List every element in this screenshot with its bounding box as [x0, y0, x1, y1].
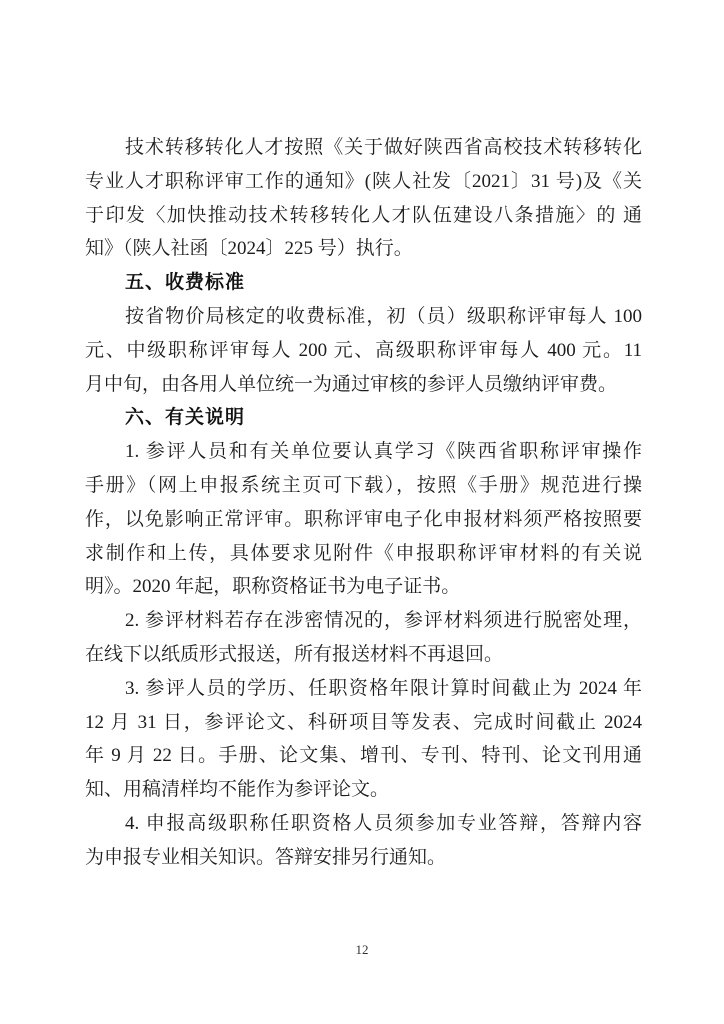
text-line: 手册》（网上申报系统主页可下载），按照《手册》规范进行操: [85, 469, 642, 503]
text-line: 技术转移转化人才按照《关于做好陕西省高校技术转移转化: [85, 131, 642, 165]
text-line: 年 9 月 22 日。手册、论文集、增刊、专刊、特刊、论文刊用通: [85, 739, 642, 773]
text-line: 1. 参评人员和有关单位要认真学习《陕西省职称评审操作: [85, 435, 642, 469]
document-page: 技术转移转化人才按照《关于做好陕西省高校技术转移转化专业人才职称评审工作的通知》…: [0, 0, 724, 1024]
text-line: 明》。2020 年起，职称资格证书为电子证书。: [85, 570, 642, 604]
section-heading: 六、有关说明: [85, 401, 642, 435]
text-line: 为申报专业相关知识。答辩安排另行通知。: [85, 841, 642, 875]
text-line: 于印发〈加快推动技术转移转化人才队伍建设八条措施〉的 通: [85, 199, 642, 233]
text-line: 3. 参评人员的学历、任职资格年限计算时间截止为 2024 年: [85, 672, 642, 706]
page-footer: 12: [0, 941, 724, 959]
text-line: 在线下以纸质形式报送，所有报送材料不再退回。: [85, 638, 642, 672]
text-line: 2. 参评材料若存在涉密情况的，参评材料须进行脱密处理，: [85, 604, 642, 638]
text-line: 4. 申报高级职称任职资格人员须参加专业答辩，答辩内容: [85, 807, 642, 841]
text-line: 求制作和上传，具体要求见附件《申报职称评审材料的有关说: [85, 537, 642, 571]
text-line: 元、中级职称评审每人 200 元、高级职称评审每人 400 元。11: [85, 334, 642, 368]
page-number: 12: [356, 942, 369, 957]
document-content: 技术转移转化人才按照《关于做好陕西省高校技术转移转化专业人才职称评审工作的通知》…: [85, 131, 642, 875]
text-line: 专业人才职称评审工作的通知》(陕人社发〔2021〕31 号)及《关: [85, 165, 642, 199]
text-line: 作，以免影响正常评审。职称评审电子化申报材料须严格按照要: [85, 503, 642, 537]
section-heading: 五、收费标准: [85, 266, 642, 300]
text-line: 按省物价局核定的收费标准，初（员）级职称评审每人 100: [85, 300, 642, 334]
text-line: 12 月 31 日，参评论文、科研项目等发表、完成时间截止 2024: [85, 706, 642, 740]
text-line: 知、用稿清样均不能作为参评论文。: [85, 773, 642, 807]
text-line: 月中旬，由各用人单位统一为通过审核的参评人员缴纳评审费。: [85, 368, 642, 402]
text-line: 知》（陕人社函〔2024〕225 号）执行。: [85, 232, 642, 266]
